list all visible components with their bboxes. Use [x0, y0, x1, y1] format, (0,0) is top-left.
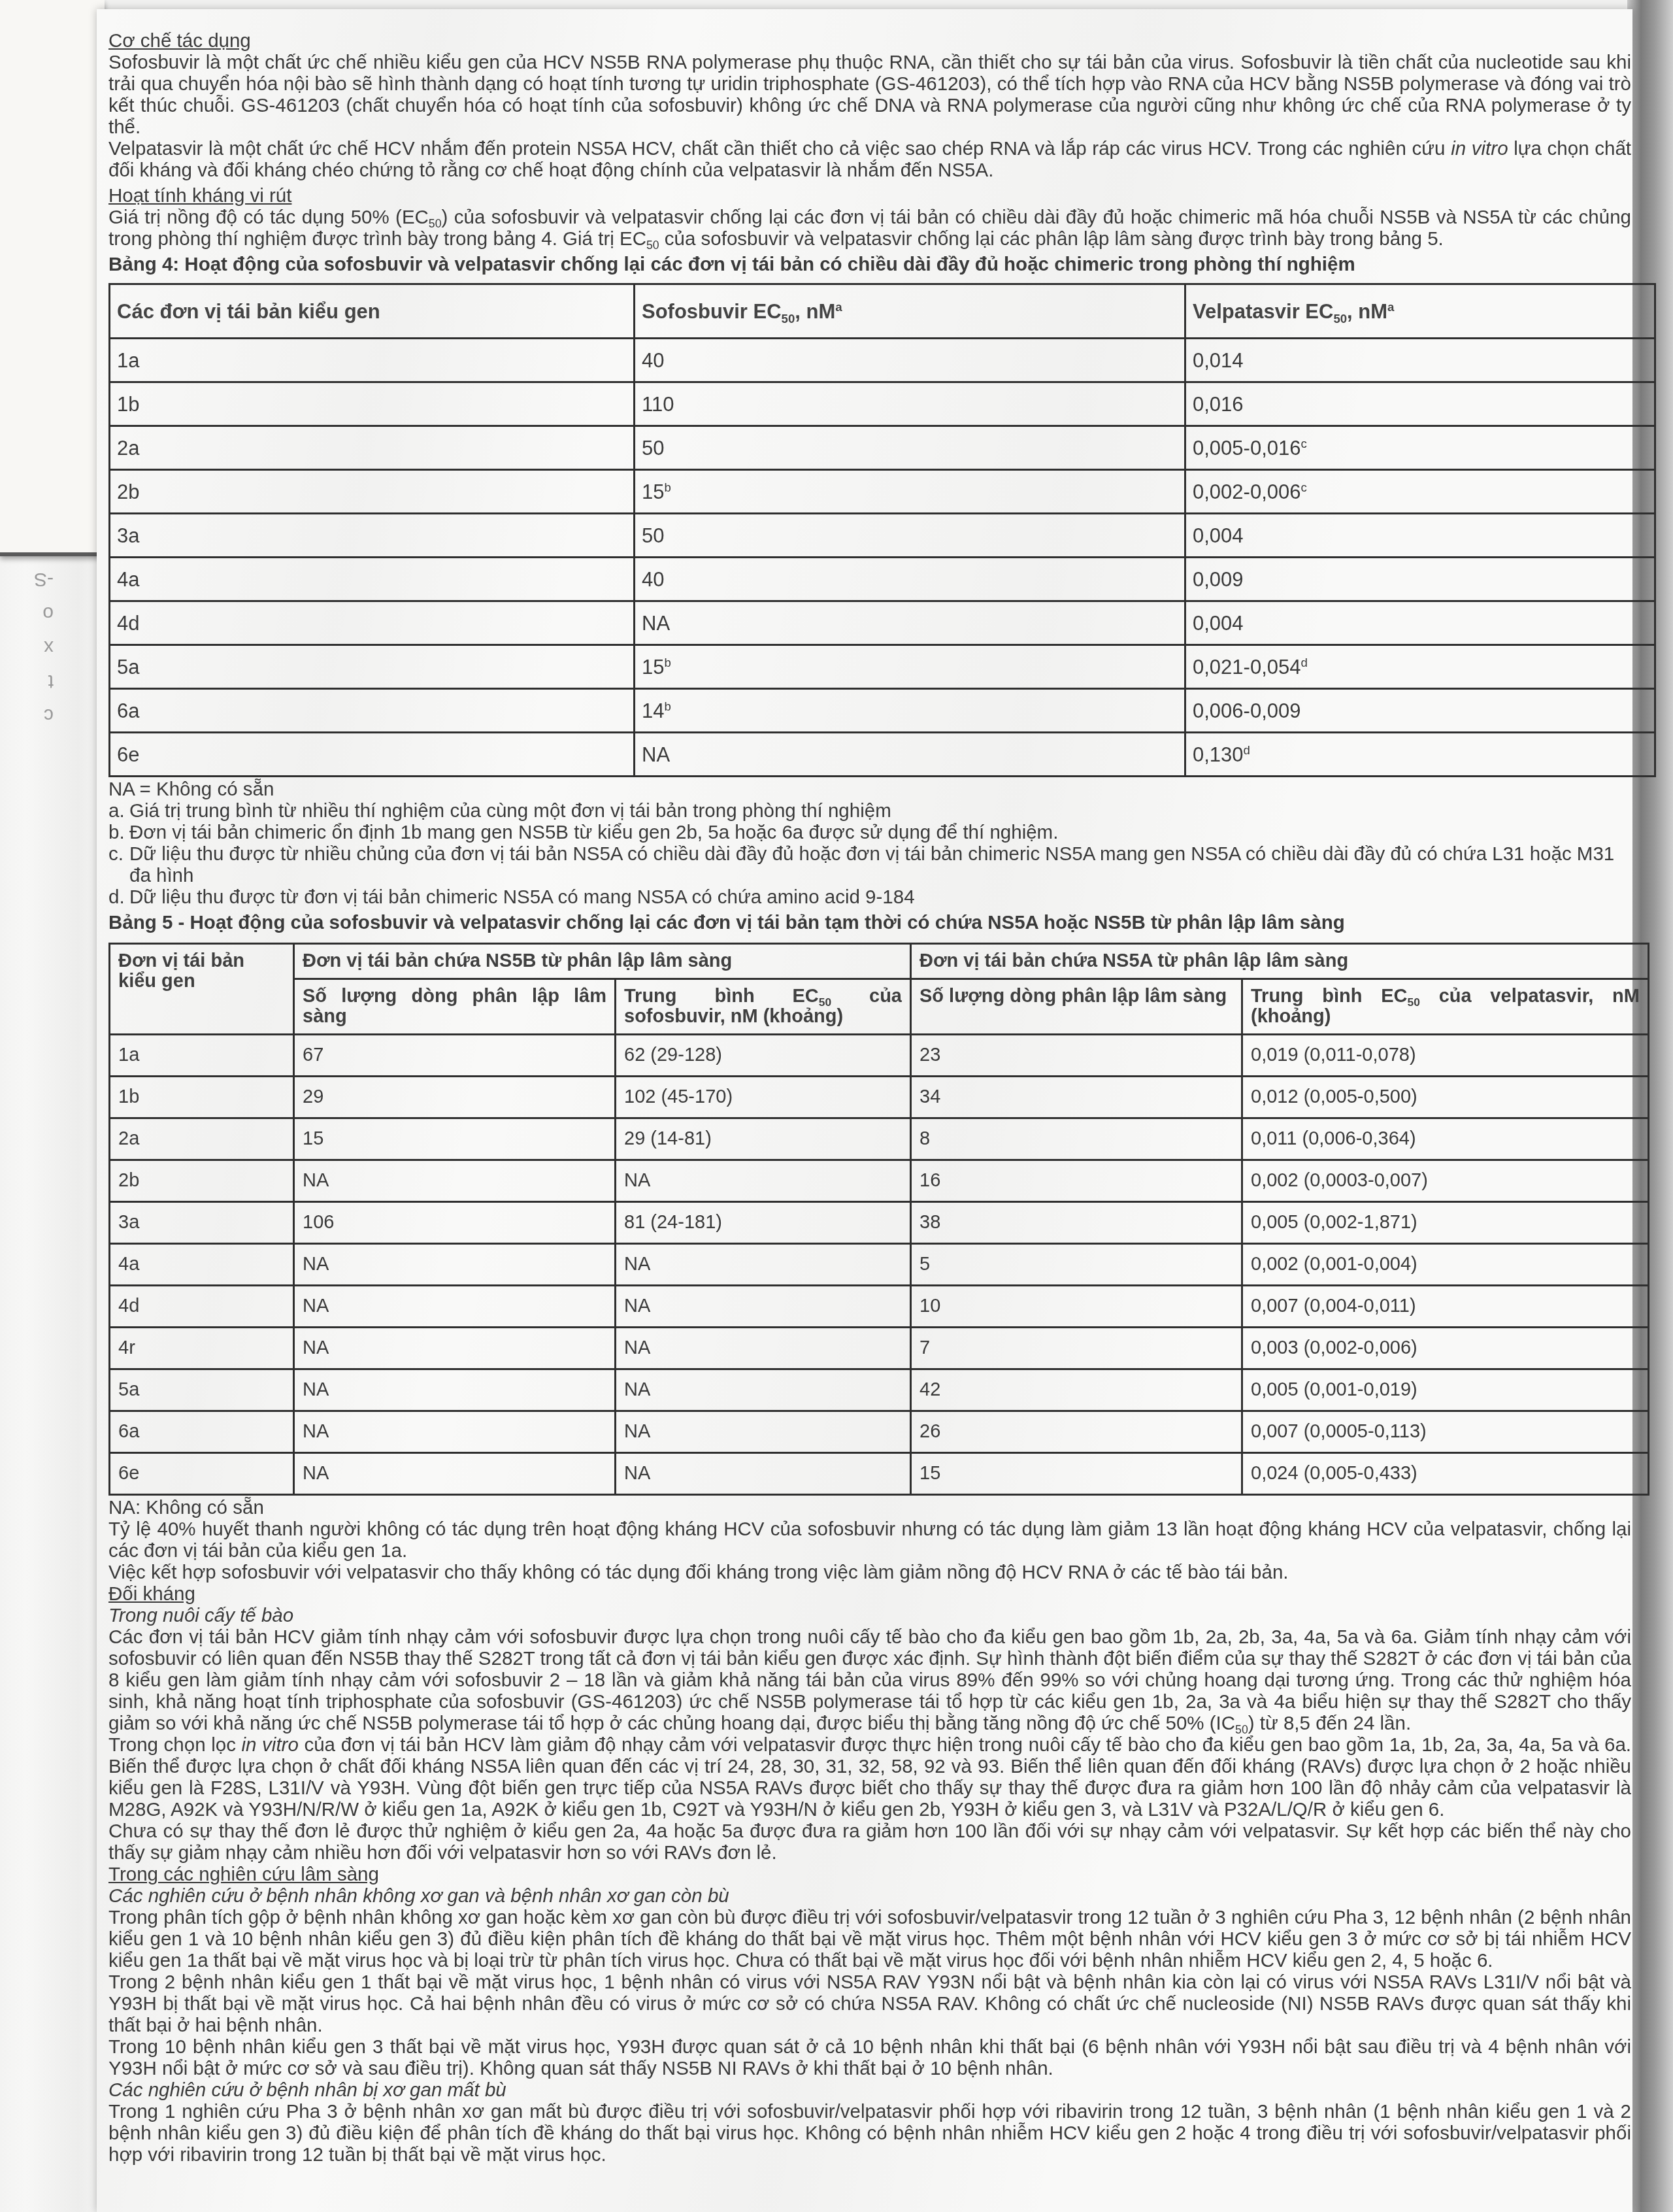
- table4-footnote: c.Dữ liệu thu được từ nhiều chủng của đơ…: [108, 843, 1631, 886]
- ns5a-count-cell: 26: [911, 1411, 1242, 1453]
- table4-header-genotype: Các đơn vị tái bản kiểu gen: [110, 284, 635, 339]
- table5-row: 6eNANA150,024 (0,005-0,433): [110, 1453, 1649, 1495]
- table5-row: 6aNANA260,007 (0,0005-0,113): [110, 1411, 1649, 1453]
- footnote-label: d.: [108, 886, 129, 908]
- text-run: của đơn vị tái bản HCV làm giảm độ nhạy …: [108, 1734, 1631, 1820]
- sofosbuvir-ec50-cell: 110: [635, 382, 1185, 426]
- genotype-cell: 4d: [110, 1286, 294, 1328]
- footnote-marker: c: [1300, 480, 1306, 494]
- velpatasvir-ec50-cell: 0,002 (0,001-0,004): [1242, 1244, 1649, 1286]
- section-heading-mechanism: Cơ chế tác dụng: [108, 30, 1631, 52]
- velpatasvir-ec50-cell: 0,005-0,016c: [1185, 426, 1655, 470]
- footnote-marker: d: [1244, 743, 1250, 756]
- genotype-cell: 4d: [110, 601, 635, 645]
- genotype-cell: 3a: [110, 514, 635, 558]
- genotype-cell: 5a: [110, 645, 635, 689]
- clinical-paragraph-4: Trong 1 nghiên cứu Pha 3 ở bệnh nhân xơ …: [108, 2101, 1631, 2166]
- table5-header-row-1: Đơn vị tái bản kiểu gen Đơn vị tái bản c…: [110, 944, 1649, 979]
- cell-value: 0,004: [1193, 524, 1244, 547]
- text-run: in vitro: [1451, 138, 1508, 159]
- table5-row: 5aNANA420,005 (0,001-0,019): [110, 1369, 1649, 1411]
- velpatasvir-ec50-cell: 0,011 (0,006-0,364): [1242, 1118, 1649, 1160]
- table4-header-velpatasvir: Velpatasvir EC50, nMa: [1185, 284, 1655, 339]
- sofosbuvir-ec50-cell: NA: [635, 733, 1185, 777]
- table4-row: 1a400,014: [110, 339, 1655, 382]
- genotype-cell: 1a: [110, 1035, 294, 1077]
- ns5b-count-cell: 106: [294, 1202, 616, 1244]
- footnote-marker: b: [664, 699, 671, 712]
- sofosbuvir-ec50-cell: 14b: [635, 689, 1185, 733]
- edge-mark: o: [34, 596, 54, 630]
- header-text: , nM: [795, 300, 835, 323]
- table4-row: 5a15b0,021-0,054d: [110, 645, 1655, 689]
- ns5a-count-cell: 42: [911, 1369, 1242, 1411]
- cell-value: 0,005-0,016: [1193, 437, 1300, 460]
- genotype-cell: 1a: [110, 339, 635, 382]
- footnote-marker: b: [664, 655, 671, 669]
- ns5a-count-cell: 34: [911, 1077, 1242, 1118]
- genotype-cell: 2b: [110, 470, 635, 514]
- table5-header-velpatasvir-ec50: Trung bình EC50 của velpatasvir, nM (kho…: [1242, 979, 1649, 1035]
- sofosbuvir-ec50-cell: NA: [616, 1453, 911, 1495]
- table4-header-sofosbuvir: Sofosbuvir EC50, nMa: [635, 284, 1185, 339]
- cell-value: 15: [642, 656, 664, 679]
- table5: Đơn vị tái bản kiểu gen Đơn vị tái bản c…: [108, 943, 1649, 1496]
- table4-row: 1b1100,016: [110, 382, 1655, 426]
- table4-footnote: d.Dữ liệu thu được từ đơn vị tái bản chi…: [108, 886, 1631, 908]
- velpatasvir-ec50-cell: 0,003 (0,002-0,006): [1242, 1328, 1649, 1369]
- velpatasvir-ec50-cell: 0,005 (0,002-1,871): [1242, 1202, 1649, 1244]
- ns5b-count-cell: 29: [294, 1077, 616, 1118]
- cell-value: 14: [642, 699, 664, 722]
- ns5b-count-cell: NA: [294, 1328, 616, 1369]
- velpatasvir-ec50-cell: 0,002-0,006c: [1185, 470, 1655, 514]
- sofosbuvir-ec50-cell: 40: [635, 558, 1185, 601]
- velpatasvir-ec50-cell: 0,004: [1185, 514, 1655, 558]
- ns5a-count-cell: 7: [911, 1328, 1242, 1369]
- cell-value: 40: [642, 349, 664, 372]
- table5-header-sofosbuvir-ec50: Trung bình EC50 của sofosbuvir, nM (khoả…: [616, 979, 911, 1035]
- footnote-text: Đơn vị tái bản chimeric ổn định 1b mang …: [129, 822, 1058, 843]
- ns5a-count-cell: 5: [911, 1244, 1242, 1286]
- genotype-cell: 6e: [110, 733, 635, 777]
- table4-row: 3a500,004: [110, 514, 1655, 558]
- cell-value: NA: [642, 743, 670, 766]
- table5-header-ns5a-group: Đơn vị tái bản chứa NS5A từ phân lập lâm…: [911, 944, 1649, 979]
- velpatasvir-ec50-cell: 0,004: [1185, 601, 1655, 645]
- ns5b-count-cell: 67: [294, 1035, 616, 1077]
- velpatasvir-ec50-cell: 0,005 (0,001-0,019): [1242, 1369, 1649, 1411]
- table5-na-note: NA: Không có sẵn: [108, 1497, 1631, 1518]
- cell-value: 0,014: [1193, 349, 1244, 372]
- genotype-cell: 1b: [110, 1077, 294, 1118]
- footnote-text: Giá trị trung bình từ nhiều thí nghiệm c…: [129, 800, 891, 822]
- velpatasvir-ec50-cell: 0,021-0,054d: [1185, 645, 1655, 689]
- footnote-marker: d: [1300, 655, 1307, 669]
- section-heading-clinical: Trong các nghiên cứu lâm sàng: [108, 1864, 1631, 1885]
- subheading-decompensated: Các nghiên cứu ở bệnh nhân bị xơ gan mất…: [108, 2079, 1631, 2101]
- genotype-cell: 4a: [110, 1244, 294, 1286]
- table4: Các đơn vị tái bản kiểu gen Sofosbuvir E…: [108, 283, 1656, 777]
- text-run: Velpatasvir là một chất ức chế HCV nhắm …: [108, 138, 1451, 159]
- subscript: 50: [646, 239, 659, 252]
- genotype-cell: 3a: [110, 1202, 294, 1244]
- edge-mark: t: [34, 664, 54, 698]
- cell-value: NA: [642, 612, 670, 635]
- cell-value: 50: [642, 437, 664, 460]
- table5-row: 4aNANA50,002 (0,001-0,004): [110, 1244, 1649, 1286]
- genotype-cell: 1b: [110, 382, 635, 426]
- table4-na-note: NA = Không có sẵn: [108, 779, 1631, 800]
- ns5a-count-cell: 8: [911, 1118, 1242, 1160]
- cell-value: 50: [642, 524, 664, 547]
- clinical-paragraph-3: Trong 10 bệnh nhân kiểu gen 3 thất bại v…: [108, 2036, 1631, 2079]
- sofosbuvir-ec50-cell: NA: [616, 1160, 911, 1202]
- cell-value: 15: [642, 480, 664, 503]
- header-text: Trung bình EC: [1251, 986, 1408, 1007]
- genotype-cell: 2a: [110, 426, 635, 470]
- table5-caption: Bảng 5 - Hoạt động của sofosbuvir và vel…: [108, 912, 1631, 933]
- table5-row: 1a6762 (29-128)230,019 (0,011-0,078): [110, 1035, 1649, 1077]
- header-text: Trung bình EC: [624, 986, 819, 1007]
- footnote-label: b.: [108, 822, 129, 843]
- cell-value: 0,009: [1193, 568, 1244, 591]
- ns5a-count-cell: 23: [911, 1035, 1242, 1077]
- ns5b-count-cell: NA: [294, 1160, 616, 1202]
- table5-header-genotype: Đơn vị tái bản kiểu gen: [110, 944, 294, 1035]
- header-text: Sofosbuvir EC: [642, 300, 782, 323]
- clinical-paragraph-2: Trong 2 bệnh nhân kiểu gen 1 thất bại về…: [108, 1971, 1631, 2036]
- cell-value: 0,021-0,054: [1193, 656, 1300, 679]
- ns5a-count-cell: 10: [911, 1286, 1242, 1328]
- edge-mark: -S: [34, 562, 54, 596]
- footnote-label: a.: [108, 800, 129, 822]
- table4-row: 4a400,009: [110, 558, 1655, 601]
- combination-paragraph: Việc kết hợp sofosbuvir với velpatasvir …: [108, 1562, 1631, 1583]
- table4-caption: Bảng 4: Hoạt động của sofosbuvir và velp…: [108, 254, 1631, 275]
- footnote-marker: b: [664, 480, 671, 494]
- serum-effect-paragraph: Tỷ lệ 40% huyết thanh người không có tác…: [108, 1518, 1631, 1562]
- sofosbuvir-ec50-cell: 40: [635, 339, 1185, 382]
- table4-row: 6a14b0,006-0,009: [110, 689, 1655, 733]
- superscript: a: [835, 299, 842, 313]
- sofosbuvir-ec50-cell: 15b: [635, 470, 1185, 514]
- genotype-cell: 5a: [110, 1369, 294, 1411]
- table4-footnote: b.Đơn vị tái bản chimeric ổn định 1b man…: [108, 822, 1631, 843]
- mechanism-paragraph-1: Sofosbuvir là một chất ức chế nhiều kiểu…: [108, 52, 1631, 138]
- ns5b-count-cell: NA: [294, 1244, 616, 1286]
- document-content: Cơ chế tác dụng Sofosbuvir là một chất ứ…: [108, 30, 1631, 2166]
- header-text: Velpatasvir EC: [1193, 300, 1333, 323]
- table5-header-ns5b-count: Số lượng dòng phân lập lâm sàng: [294, 979, 616, 1035]
- ns5b-count-cell: NA: [294, 1453, 616, 1495]
- genotype-cell: 2a: [110, 1118, 294, 1160]
- table5-row: 2bNANA160,002 (0,0003-0,007): [110, 1160, 1649, 1202]
- velpatasvir-ec50-cell: 0,007 (0,004-0,011): [1242, 1286, 1649, 1328]
- velpatasvir-ec50-cell: 0,130d: [1185, 733, 1655, 777]
- ns5b-count-cell: NA: [294, 1411, 616, 1453]
- sofosbuvir-ec50-cell: NA: [616, 1244, 911, 1286]
- cell-culture-paragraph-1: Các đơn vị tái bản HCV giảm tính nhạy cả…: [108, 1626, 1631, 1734]
- cell-value: 0,002-0,006: [1193, 480, 1300, 503]
- table5-row: 2a1529 (14-81)80,011 (0,006-0,364): [110, 1118, 1649, 1160]
- cell-value: 110: [642, 393, 674, 416]
- ns5b-count-cell: NA: [294, 1286, 616, 1328]
- header-text: Các đơn vị tái bản kiểu gen: [117, 300, 380, 323]
- section-heading-resistance: Đối kháng: [108, 1583, 1631, 1605]
- text-run: Trong chọn lọc: [108, 1734, 242, 1756]
- genotype-cell: 6a: [110, 1411, 294, 1453]
- background-page-fragment: [0, 0, 105, 556]
- velpatasvir-ec50-cell: 0,024 (0,005-0,433): [1242, 1453, 1649, 1495]
- sofosbuvir-ec50-cell: NA: [616, 1328, 911, 1369]
- footnote-text: Dữ liệu thu được từ đơn vị tái bản chime…: [129, 886, 915, 908]
- table4-row: 4dNA0,004: [110, 601, 1655, 645]
- sofosbuvir-ec50-cell: 62 (29-128): [616, 1035, 911, 1077]
- clinical-paragraph-1: Trong phân tích gộp ở bệnh nhân không xơ…: [108, 1907, 1631, 1971]
- sofosbuvir-ec50-cell: NA: [635, 601, 1185, 645]
- table5-row: 4rNANA70,003 (0,002-0,006): [110, 1328, 1649, 1369]
- table4-header-row: Các đơn vị tái bản kiểu gen Sofosbuvir E…: [110, 284, 1655, 339]
- italic-run: in vitro: [242, 1734, 299, 1756]
- cell-value: 0,004: [1193, 612, 1244, 635]
- velpatasvir-ec50-cell: 0,016: [1185, 382, 1655, 426]
- table4-footnote: a.Giá trị trung bình từ nhiều thí nghiệm…: [108, 800, 1631, 822]
- genotype-cell: 4r: [110, 1328, 294, 1369]
- subscript: 50: [782, 311, 795, 325]
- sofosbuvir-ec50-cell: NA: [616, 1369, 911, 1411]
- text-run: Giá trị nồng độ có tác dụng 50% (EC: [108, 207, 429, 228]
- ns5a-count-cell: 16: [911, 1160, 1242, 1202]
- cell-value: 40: [642, 568, 664, 591]
- sofosbuvir-ec50-cell: 15b: [635, 645, 1185, 689]
- sofosbuvir-ec50-cell: NA: [616, 1286, 911, 1328]
- sofosbuvir-ec50-cell: 50: [635, 426, 1185, 470]
- table4-row: 2b15b0,002-0,006c: [110, 470, 1655, 514]
- superscript: a: [1387, 299, 1394, 313]
- text-run: của sofosbuvir và velpatasvir chống lại …: [659, 228, 1444, 250]
- subscript: 50: [1333, 311, 1347, 325]
- header-text: , nM: [1347, 300, 1387, 323]
- table5-header-row-2: Số lượng dòng phân lập lâm sàng Trung bì…: [110, 979, 1649, 1035]
- cell-value: 0,016: [1193, 393, 1244, 416]
- ns5b-count-cell: NA: [294, 1369, 616, 1411]
- genotype-cell: 6a: [110, 689, 635, 733]
- sofosbuvir-ec50-cell: 50: [635, 514, 1185, 558]
- section-heading-antiviral: Hoạt tính kháng vi rút: [108, 185, 1631, 207]
- sofosbuvir-ec50-cell: 102 (45-170): [616, 1077, 911, 1118]
- edge-mark: x: [34, 630, 54, 664]
- genotype-cell: 2b: [110, 1160, 294, 1202]
- cell-culture-paragraph-3: Chưa có sự thay thế đơn lẻ được thử nghi…: [108, 1820, 1631, 1864]
- table5-header-ns5b-group: Đơn vị tái bản chứa NS5B từ phân lập lâm…: [294, 944, 911, 979]
- table5-row: 1b29102 (45-170)340,012 (0,005-0,500): [110, 1077, 1649, 1118]
- genotype-cell: 6e: [110, 1453, 294, 1495]
- subheading-compensated: Các nghiên cứu ở bệnh nhân không xơ gan …: [108, 1885, 1631, 1907]
- mechanism-paragraph-2: Velpatasvir là một chất ức chế HCV nhắm …: [108, 138, 1631, 181]
- sofosbuvir-ec50-cell: 81 (24-181): [616, 1202, 911, 1244]
- velpatasvir-ec50-cell: 0,012 (0,005-0,500): [1242, 1077, 1649, 1118]
- text-run: ) từ 8,5 đến 24 lần.: [1248, 1713, 1411, 1734]
- velpatasvir-ec50-cell: 0,019 (0,011-0,078): [1242, 1035, 1649, 1077]
- table5-header-ns5a-count: Số lượng dòng phân lập lâm sàng: [911, 979, 1242, 1035]
- footnote-marker: c: [1300, 436, 1306, 450]
- table4-row: 6eNA0,130d: [110, 733, 1655, 777]
- cell-value: 0,006-0,009: [1193, 699, 1300, 722]
- ns5a-count-cell: 15: [911, 1453, 1242, 1495]
- ns5b-count-cell: 15: [294, 1118, 616, 1160]
- sofosbuvir-ec50-cell: 29 (14-81): [616, 1118, 911, 1160]
- velpatasvir-ec50-cell: 0,007 (0,0005-0,113): [1242, 1411, 1649, 1453]
- antiviral-paragraph: Giá trị nồng độ có tác dụng 50% (EC50) c…: [108, 207, 1631, 250]
- table4-row: 2a500,005-0,016c: [110, 426, 1655, 470]
- genotype-cell: 4a: [110, 558, 635, 601]
- velpatasvir-ec50-cell: 0,006-0,009: [1185, 689, 1655, 733]
- background-page-edge-text: -S o x t c: [34, 562, 54, 732]
- subheading-cell-culture: Trong nuôi cấy tế bào: [108, 1605, 1631, 1626]
- subscript: 50: [1408, 996, 1420, 1009]
- footnote-text: Dữ liệu thu được từ nhiều chủng của đơn …: [129, 843, 1631, 886]
- cell-culture-paragraph-2: Trong chọn lọc in vitro của đơn vị tái b…: [108, 1734, 1631, 1820]
- velpatasvir-ec50-cell: 0,009: [1185, 558, 1655, 601]
- edge-mark: c: [34, 698, 54, 732]
- velpatasvir-ec50-cell: 0,014: [1185, 339, 1655, 382]
- cell-value: 0,130: [1193, 743, 1244, 766]
- ns5a-count-cell: 38: [911, 1202, 1242, 1244]
- table5-row: 4dNANA100,007 (0,004-0,011): [110, 1286, 1649, 1328]
- table5-row: 3a10681 (24-181)380,005 (0,002-1,871): [110, 1202, 1649, 1244]
- table4-notes: NA = Không có sẵn a.Giá trị trung bình t…: [108, 779, 1631, 908]
- sofosbuvir-ec50-cell: NA: [616, 1411, 911, 1453]
- footnote-label: c.: [108, 843, 129, 886]
- velpatasvir-ec50-cell: 0,002 (0,0003-0,007): [1242, 1160, 1649, 1202]
